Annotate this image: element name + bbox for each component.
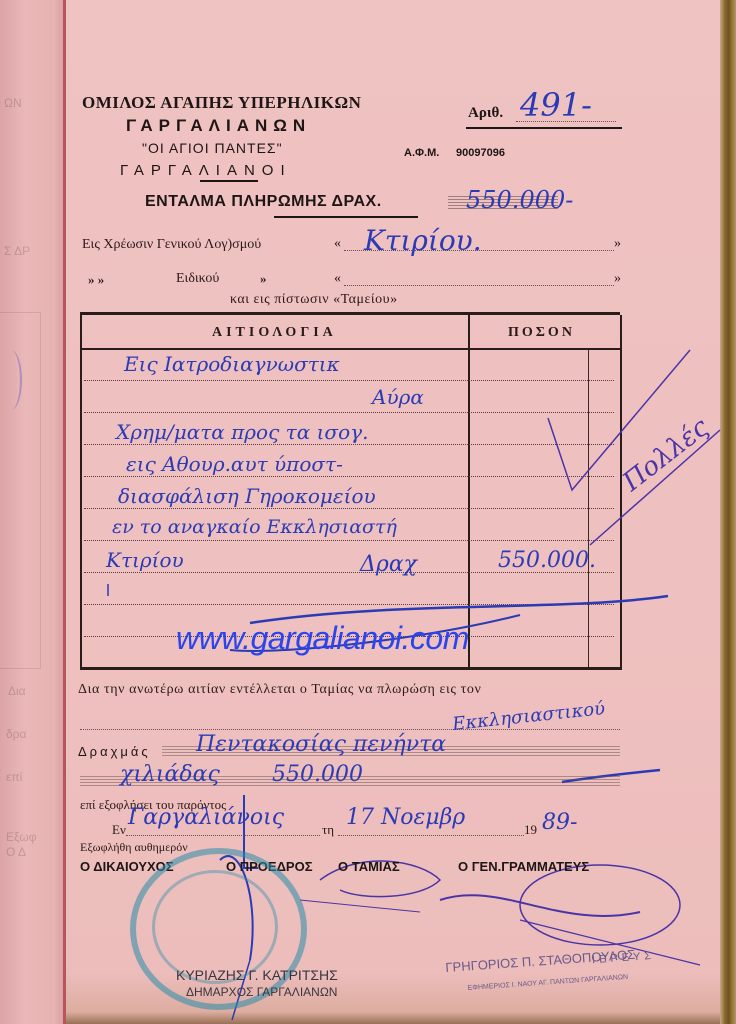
col-header-amount: ΠΟΣΟΝ (508, 325, 575, 341)
place-field-line (126, 835, 320, 836)
paid-label: Εξωφλήθη αυθημερόν (80, 840, 188, 855)
number-underline (466, 127, 622, 129)
town-underline (200, 180, 258, 182)
open-quote: « (334, 236, 341, 252)
general-account-value[interactable]: Κτιρίου. (364, 224, 482, 257)
page-bottom-shadow (66, 1012, 720, 1024)
org-town: ΓΑΡΓΑΛΙΑΝΟΙ (120, 162, 292, 179)
open-quote: « (334, 271, 341, 287)
table-row-line (84, 412, 614, 413)
ghost-text: δρα (6, 727, 26, 741)
col-header-reason: ΑΙΤΙΟΛΟΓΙΑ (212, 325, 337, 341)
ghost-ink (0, 350, 22, 410)
previous-page-edge: ΩΝ Σ ΔΡ Δια δρα επί Εξωφ Ο Δ (0, 0, 64, 1024)
table-row-line (84, 476, 614, 477)
table-row-line (84, 604, 614, 605)
title-underline (274, 216, 418, 218)
special-account-label: Ειδικού (176, 271, 219, 287)
date-prefix: τη (322, 822, 334, 838)
ghost-text: Ο Δ (6, 845, 26, 859)
watermark-url[interactable]: www.gargalianoi.com (176, 620, 469, 657)
reason-line-3[interactable]: Χρημ/ματα προς τα ισογ. (116, 420, 368, 444)
date-value[interactable]: 17 Νοεμβρ (346, 805, 465, 830)
org-name-line2: ΓΑΡΓΑΛΙΑΝΩΝ (126, 116, 311, 136)
reason-line-5[interactable]: διασφάλιση Γηροκομείου (118, 484, 376, 508)
place-prefix: Εν (112, 822, 126, 838)
payee-field-line (80, 729, 620, 730)
signature-treasurer: Ο ΤΑΜΙΑΣ (338, 859, 400, 874)
date-field-line (338, 835, 524, 836)
credit-line: και εις πίστωσιν «Ταμείου» (230, 292, 398, 308)
place-value[interactable]: Γαργαλιάνοις (128, 805, 284, 830)
reason-line-2[interactable]: Αύρα (372, 385, 424, 409)
reason-line-8[interactable]: Δραχ (360, 552, 417, 577)
table-header-divider (80, 348, 620, 350)
reason-line-4[interactable]: εις Αθουρ.αυτ ύποστ- (126, 452, 343, 476)
special-ditto-marks: » » (88, 272, 104, 288)
ghost-text: Σ ΔΡ (4, 244, 30, 258)
amount-value[interactable]: 550.000. (498, 548, 596, 573)
drachmas-label: Δραχμάς (78, 744, 151, 759)
table-row-line (84, 444, 614, 445)
number-dotted-line (516, 121, 616, 122)
reason-line-6[interactable]: εν το αναγκαίο Εκκλησιαστή (112, 516, 397, 538)
general-account-label: Εις Χρέωσιν Γενικού Λογ)σμού (82, 237, 261, 253)
org-motto: "ΟΙ ΑΓΙΟΙ ΠΑΝΤΕΣ" (142, 140, 283, 156)
signature-secretary: Ο ΓΕΝ.ΓΡΑΜΜΑΤΕΥΣ (458, 859, 589, 874)
close-quote: » (614, 271, 621, 287)
ghost-text: Δια (8, 684, 26, 698)
table-column-divider (468, 315, 470, 667)
table-row-line (84, 380, 614, 381)
drachmas-words[interactable]: Πεντακοσίας πενήντα (196, 732, 446, 757)
ghost-text: Εξωφ (6, 830, 37, 844)
ghost-text: ΩΝ (4, 96, 22, 110)
book-edge (720, 0, 736, 1024)
close-quote: » (614, 236, 621, 252)
year-value[interactable]: 89- (542, 810, 577, 835)
number-value[interactable]: 491- (520, 86, 592, 124)
drachmas-words-2[interactable]: χιλιάδας (120, 762, 220, 787)
drachmas-numeric[interactable]: 550.000 (272, 762, 363, 787)
afm-label: Α.Φ.Μ. (404, 147, 439, 159)
title-amount-value[interactable]: 550.000- (466, 186, 573, 214)
special-account-field-line[interactable] (344, 285, 614, 286)
mayor-stamp-title: ΔΗΜΑΡΧΟΣ ΓΑΡΓΑΛΙΑΝΩΝ (186, 985, 337, 999)
document-title: ΕΝΤΑΛΜΑ ΠΛΗΡΩΜΗΣ ΔΡΑΧ. (145, 193, 382, 211)
afm-value: 90097096 (456, 147, 505, 159)
reason-line-1[interactable]: Εις Ιατροδιαγνωστικ (124, 352, 340, 376)
reason-line-7[interactable]: Κτιρίου (106, 548, 184, 572)
special-quote: » (260, 271, 267, 287)
mayor-stamp-name: ΚΥΡΙΑΖΗΣ Γ. ΚΑΤΡΙΤΣΗΣ (176, 967, 338, 983)
number-label: Αριθ. (468, 105, 503, 122)
year-prefix: 19 (524, 822, 537, 838)
table-row-line (84, 540, 614, 541)
ghost-text: επί (6, 770, 22, 784)
table-row-line (84, 508, 614, 509)
payment-instruction: Δια την ανωτέρω αιτίαν εντέλλεται ο Ταμί… (78, 682, 481, 698)
org-name-line1: ΟΜΙΛΟΣ ΑΓΑΠΗΣ ΥΠΕΡΗΛΙΚΩΝ (82, 93, 361, 113)
